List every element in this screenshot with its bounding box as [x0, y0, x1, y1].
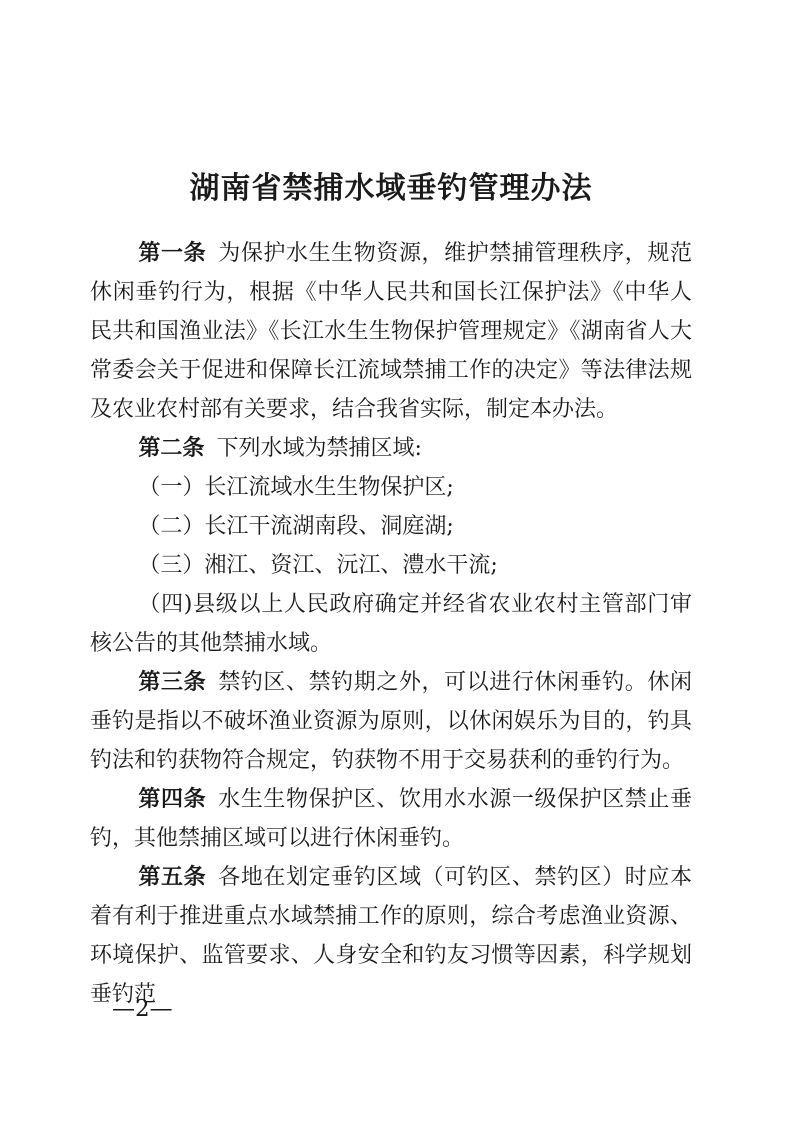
paragraph-article-2: 第二条下列水域为禁捕区域: [90, 429, 692, 468]
list-item-text: （四)县级以上人民政府确定并经省农业农村主管部门审核公告的其他禁捕水域。 [90, 592, 692, 656]
paragraph-article-1: 第一条为保护水生生物资源，维护禁捕管理秩序，规范休闲垂钓行为，根据《中华人民共和… [90, 234, 692, 429]
list-item-3: （三）湘江、资江、沅江、澧水干流; [90, 546, 692, 585]
article-text: 下列水域为禁捕区域: [217, 436, 422, 461]
list-item-2: （二）长江干流湖南段、洞庭湖; [90, 507, 692, 546]
article-number-label: 第四条 [138, 786, 206, 812]
list-item-4: （四)县级以上人民政府确定并经省农业农村主管部门审核公告的其他禁捕水域。 [90, 585, 692, 663]
document-body: 第一条为保护水生生物资源，维护禁捕管理秩序，规范休闲垂钓行为，根据《中华人民共和… [90, 234, 692, 1014]
article-number-label: 第一条 [138, 240, 206, 266]
list-item-1: （一）长江流域水生生物保护区; [90, 468, 692, 507]
list-item-text: （一）长江流域水生生物保护区; [138, 475, 453, 500]
list-item-text: （三）湘江、资江、沅江、澧水干流; [138, 553, 497, 578]
document-title: 湖南省禁捕水域垂钓管理办法 [90, 170, 692, 208]
article-number-label: 第二条 [138, 435, 204, 461]
article-text: 为保护水生生物资源，维护禁捕管理秩序，规范休闲垂钓行为，根据《中华人民共和国长江… [90, 241, 692, 422]
document-page: 湖南省禁捕水域垂钓管理办法 第一条为保护水生生物资源，维护禁捕管理秩序，规范休闲… [0, 0, 793, 1122]
paragraph-article-3: 第三条禁钓区、禁钓期之外，可以进行休闲垂钓。休闲垂钓是指以不破坏渔业资源为原则，… [90, 663, 692, 780]
page-number: —2— [112, 996, 173, 1022]
article-number-label: 第三条 [138, 669, 206, 695]
article-number-label: 第五条 [138, 864, 206, 890]
list-item-text: （二）长江干流湖南段、洞庭湖; [138, 514, 453, 539]
paragraph-article-4: 第四条水生生物保护区、饮用水水源一级保护区禁止垂钓，其他禁捕区域可以进行休闲垂钓… [90, 780, 692, 858]
paragraph-article-5: 第五条各地在划定垂钓区域（可钓区、禁钓区）时应本着有利于推进重点水域禁捕工作的原… [90, 858, 692, 1014]
